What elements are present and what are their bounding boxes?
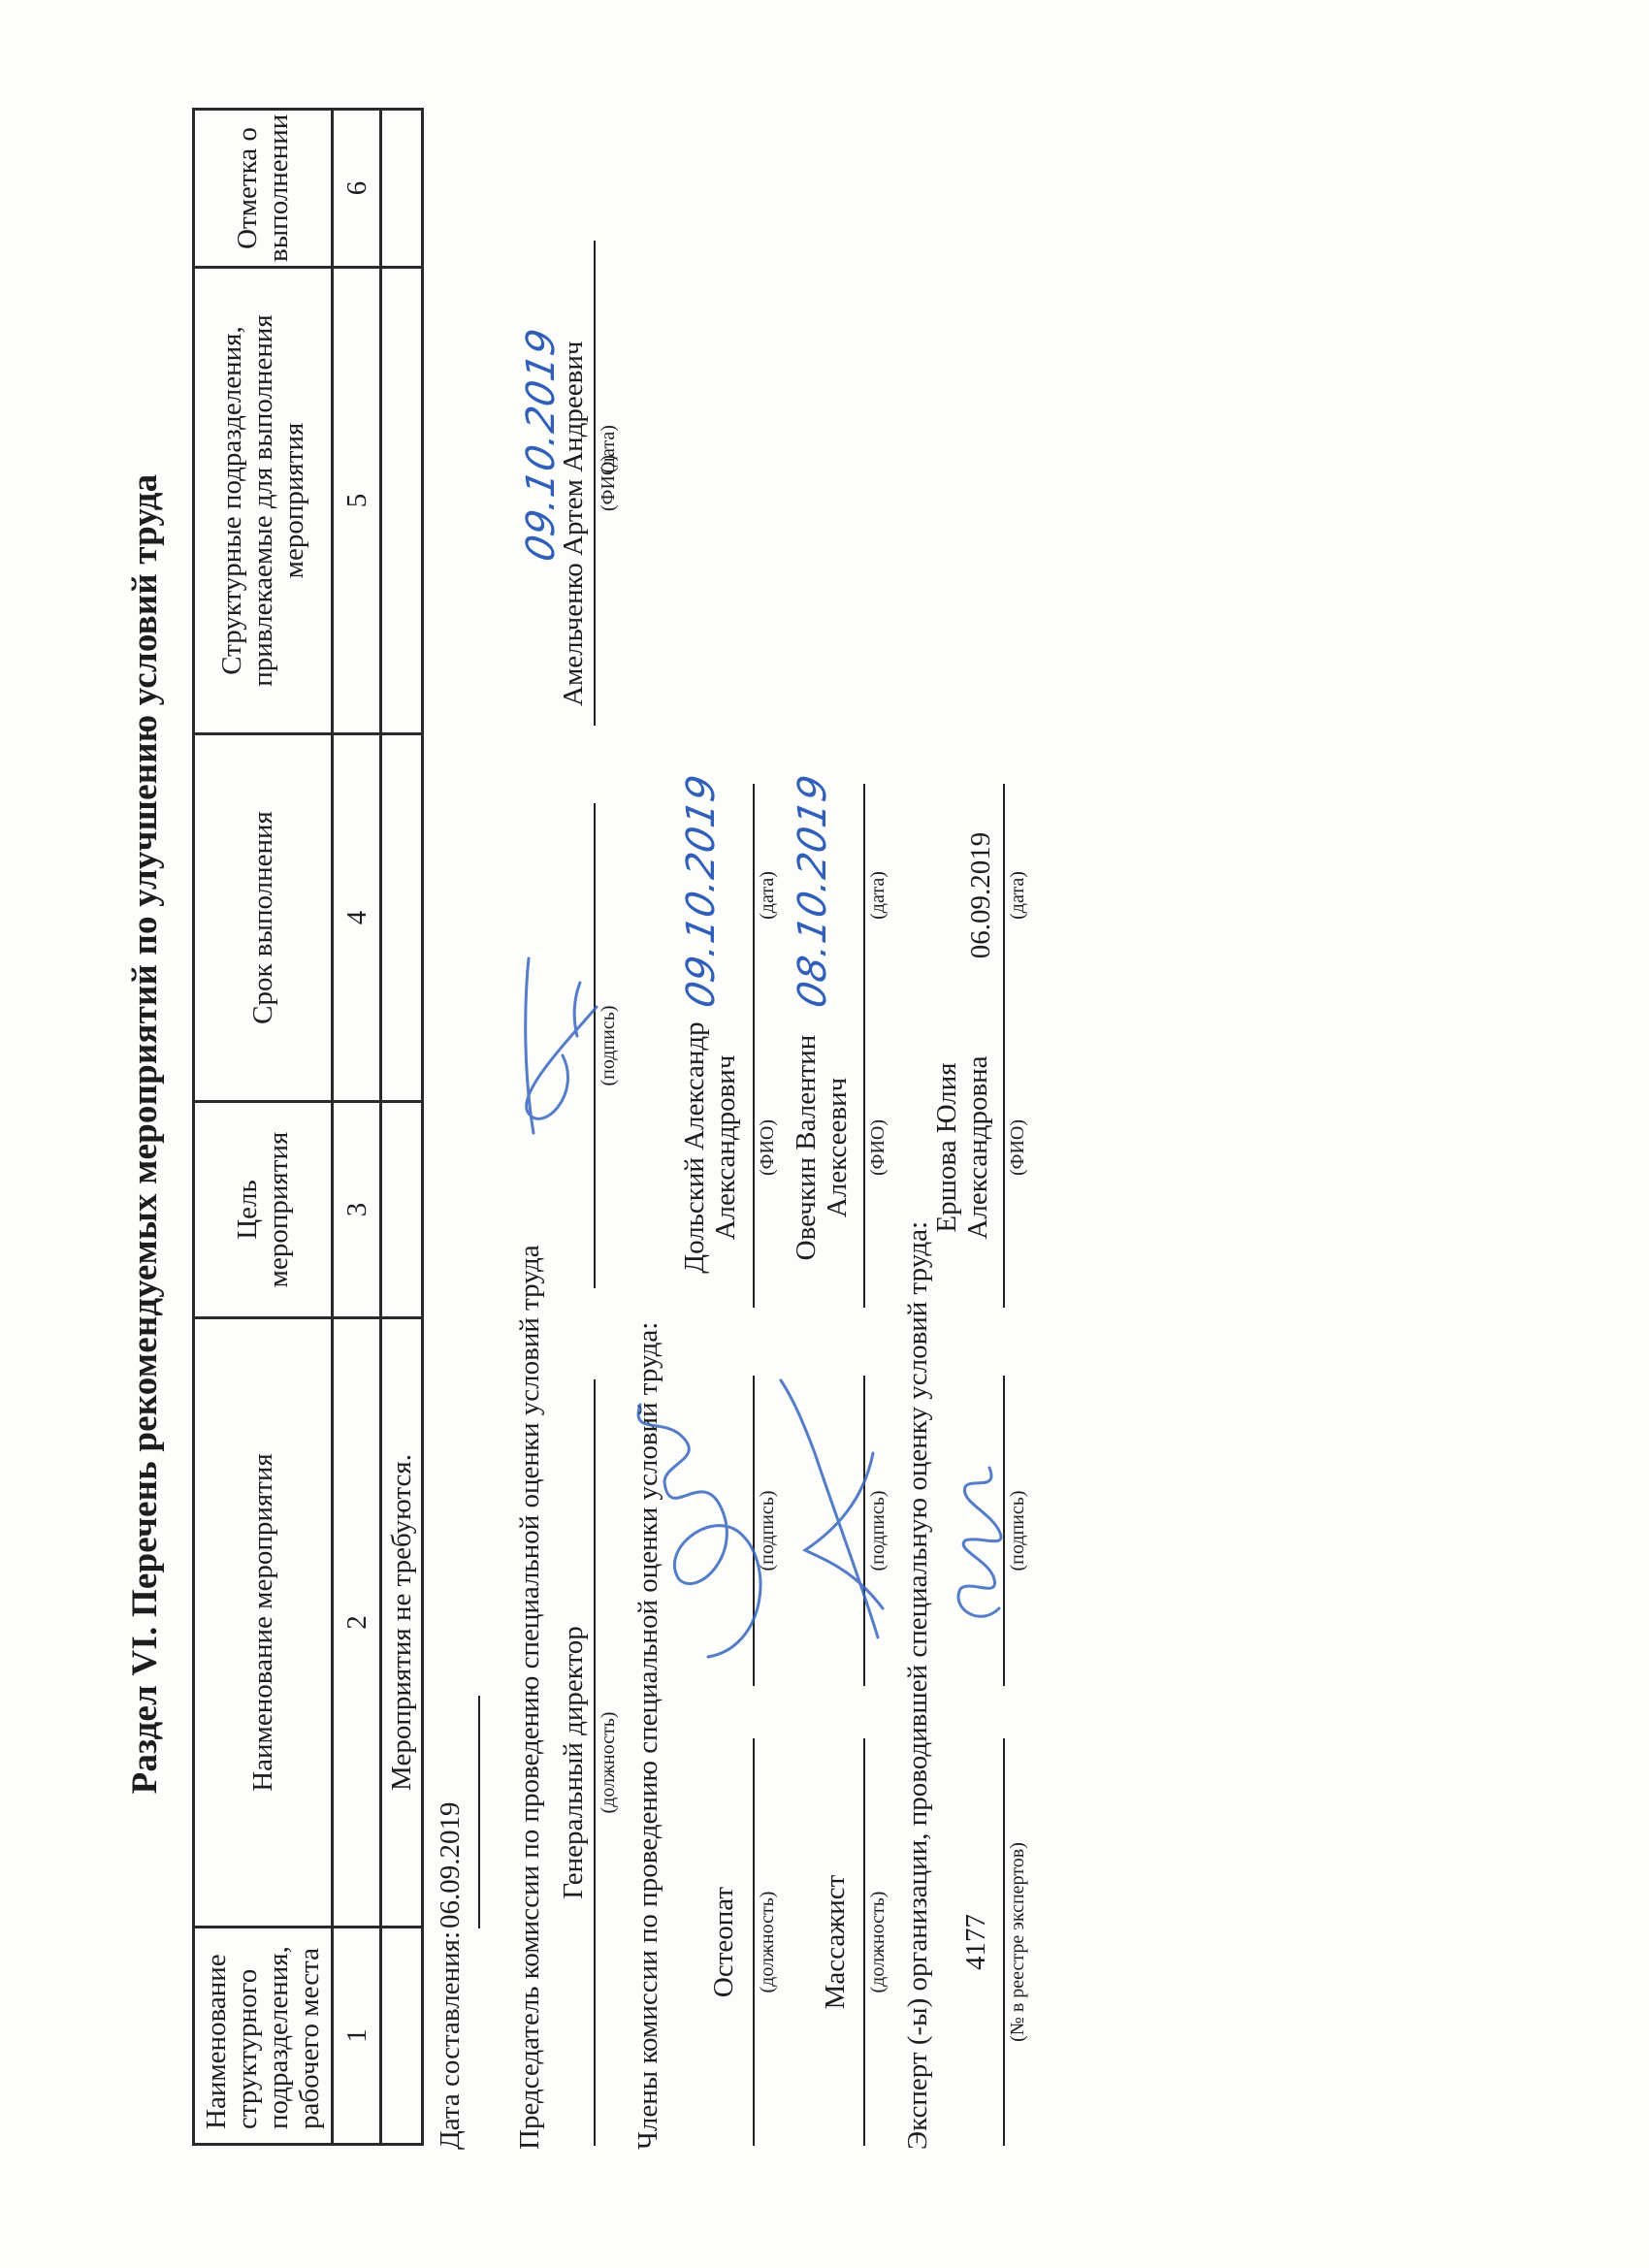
expert-name-caption: (ФИО) [1007,988,1029,1308]
header-involved-units: Структурные подразделения, привлекаемые … [194,268,333,734]
table-cell [381,110,423,268]
chairman-date-caption: (дата) [598,338,620,561]
member-2-name-caption: (ФИО) [867,988,889,1308]
compiled-date-label: Дата составления: [435,1931,466,2150]
chairman-date-line [594,338,596,561]
chairman-position: Генеральный директор [558,1379,589,2146]
expert-name-line [1003,988,1005,1308]
chairman-signature-icon [504,939,601,1152]
compiled-date-line [478,1696,480,1928]
member-2-position: Массажист [820,1738,851,2146]
member-1-name: Дольский Александр Александрович [679,988,741,1308]
expert-name-line1: Ершова Юлия [931,1062,962,1232]
column-number: 5 [333,268,381,734]
chairman-heading: Председатель комиссии по проведению спец… [514,1245,545,2150]
member-2-name-line [863,988,865,1308]
member-2-position-line [863,1738,865,2146]
member-1-date-caption: (дата) [757,784,779,1007]
header-workplace: Наименование структурного подразделения,… [194,1928,333,2145]
member-1-position-caption: (должность) [757,1738,779,2146]
member-2-signature-icon [766,1376,892,1647]
measures-table: Наименование структурного подразделения,… [192,108,424,2146]
member-2-name: Овечкин Валентин Алексеевич [791,988,853,1308]
header-measure-goal: Цель мероприятия [194,1102,333,1318]
header-deadline: Срок выполнения [194,734,333,1102]
expert-signature-icon [941,1453,1018,1628]
section-title: Раздел VI. Перечень рекомендуемых меропр… [124,0,166,2268]
document-page: Раздел VI. Перечень рекомендуемых меропр… [0,0,1649,2268]
table-cell [381,268,423,734]
column-number: 4 [333,734,381,1102]
expert-date-line [1003,784,1005,1007]
member-1-name-caption: (ФИО) [757,988,779,1308]
table-header-row: Наименование структурного подразделения,… [194,110,333,2145]
expert-name: Ершова Юлия Александровна [931,988,993,1308]
expert-registry-number: 4177 [960,1738,991,2146]
member-1-name-line [753,988,755,1308]
chairman-date-handwritten: 09.10.2019 [519,342,564,566]
member-2-name-line2: Алексеевич [822,1078,853,1217]
chairman-position-line [594,1379,596,2146]
member-2-position-caption: (должность) [867,1738,889,2146]
member-1-position: Остеопат [708,1738,739,2146]
table-cell [381,1102,423,1318]
member-2-date-handwritten: 08.10.2019 [791,779,835,1012]
table-cell [381,734,423,1102]
table-row: Мероприятия не требуются. [381,110,423,2145]
member-2-date-caption: (дата) [867,784,889,1007]
member-1-name-line1: Дольский Александр [679,1021,710,1273]
member-1-name-line2: Александрович [710,1055,741,1241]
table-cell [381,1928,423,2145]
member-2-name-line1: Овечкин Валентин [791,1035,822,1261]
member-1-date-line [753,784,755,1007]
column-number: 3 [333,1102,381,1318]
expert-date-caption: (дата) [1007,784,1029,1007]
column-number: 6 [333,110,381,268]
column-number: 2 [333,1318,381,1928]
member-1-date-handwritten: 09.10.2019 [679,779,724,1012]
header-completion-mark: Отметка о выполнении [194,110,333,268]
expert-date: 06.09.2019 [965,784,996,1007]
member-1-position-line [753,1738,755,2146]
compiled-date-value: 06.09.2019 [435,1783,466,1928]
column-number: 1 [333,1928,381,2145]
header-measure-name: Наименование мероприятия [194,1318,333,1928]
chairman-position-caption: (должность) [598,1379,620,2146]
expert-registry-caption: (№ в реестре экспертов) [1007,1738,1029,2146]
table-cell: Мероприятия не требуются. [381,1318,423,1928]
table-number-row: 1 2 3 4 5 6 [333,110,381,2145]
expert-name-line2: Александровна [962,1055,993,1239]
expert-heading: Эксперт (-ы) организации, проводившей сп… [902,1221,933,2150]
member-2-date-line [863,784,865,1007]
member-1-signature-icon [621,1385,776,1667]
expert-registry-line [1003,1738,1005,2146]
